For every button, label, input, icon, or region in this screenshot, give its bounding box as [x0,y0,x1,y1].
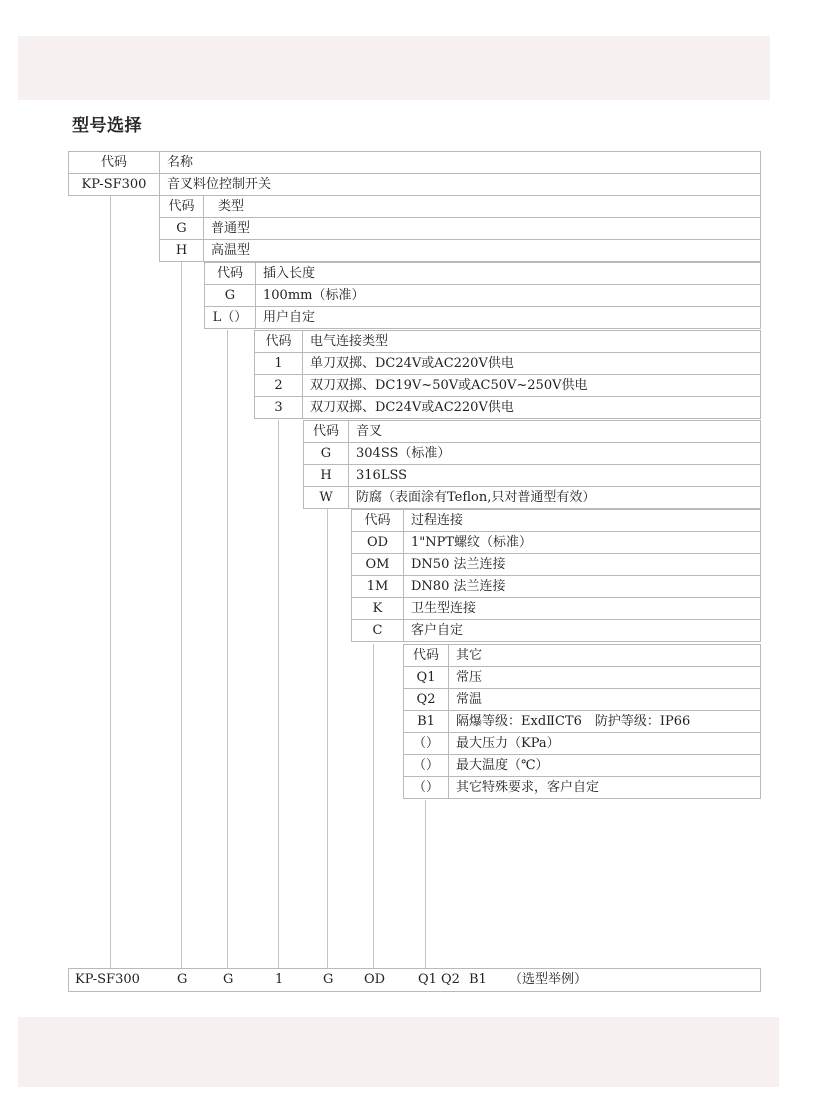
row-code: G [304,443,349,464]
table-header-row: 代码 插入长度 [205,263,760,285]
example-part: Q1 [418,969,437,991]
row-code: B1 [404,711,449,732]
code-header: 代码 [160,196,204,217]
selection-example: KP-SF300 G G 1 G OD Q1 Q2 B1 （选型举例） [68,968,761,992]
row-name: 其它特殊要求，客户自定 [449,777,599,798]
fork-table: 代码 音叉 G 304SS（标准） H 316LSS W 防腐（表面涂有Tefl… [303,420,761,509]
row-name: 316LSS [349,465,407,486]
table-row: K 卫生型连接 [352,598,760,620]
table-row: W 防腐（表面涂有Teflon,只对普通型有效） [304,487,760,509]
name-header: 音叉 [349,421,382,442]
model-row: KP-SF300 音叉料位控制开关 [69,174,760,196]
row-code: H [304,465,349,486]
table-row: OM DN50 法兰连接 [352,554,760,576]
name-header: 过程连接 [404,510,463,531]
row-code: Q2 [404,689,449,710]
example-part: B1 [469,969,487,991]
row-name: DN80 法兰连接 [404,576,505,597]
bottom-banner [18,1017,779,1087]
code-header: 代码 [404,645,449,666]
table-header-row: 代码 音叉 [304,421,760,443]
connector-line [110,195,111,968]
table-row: 1M DN80 法兰连接 [352,576,760,598]
row-code: 3 [255,397,303,418]
example-part: 1 [275,969,283,991]
row-code: W [304,487,349,508]
table-header-row: 代码 电气连接类型 [255,331,760,353]
table-row: C 客户自定 [352,620,760,642]
model-table: 代码 名称 KP-SF300 音叉料位控制开关 [68,151,761,196]
table-header-row: 代码 名称 [69,152,760,174]
row-code: （） [404,777,449,798]
code-header: 代码 [304,421,349,442]
table-row: 2 双刀双掷、DC19V~50V或AC50V~250V供电 [255,375,760,397]
code-header: 代码 [69,152,160,173]
row-code: （） [404,755,449,776]
name-header: 其它 [449,645,482,666]
table-row: H 高温型 [160,240,760,262]
row-name: 用户自定 [256,307,315,328]
example-part: G [223,969,233,991]
row-code: 1 [255,353,303,374]
table-row: G 普通型 [160,218,760,240]
row-code: （） [404,733,449,754]
row-name: 常温 [449,689,482,710]
table-header-row: 代码 类型 [160,196,760,218]
row-code: Q1 [404,667,449,688]
row-name: 304SS（标准） [349,443,450,464]
table-row: 3 双刀双掷、DC24V或AC220V供电 [255,397,760,419]
name-header: 类型 [204,196,244,217]
table-row: G 100mm（标准） [205,285,760,307]
code-header: 代码 [352,510,404,531]
row-name: 双刀双掷、DC24V或AC220V供电 [303,397,514,418]
row-name: 高温型 [204,240,250,261]
other-options-table: 代码 其它 Q1 常压 Q2 常温 B1 隔爆等级：ExdⅡCT6 防护等级：I… [403,644,761,799]
table-header-row: 代码 其它 [404,645,760,667]
type-table: 代码 类型 G 普通型 H 高温型 [159,195,761,262]
table-row: 1 单刀双掷、DC24V或AC220V供电 [255,353,760,375]
connector-line [181,262,182,968]
table-row: H 316LSS [304,465,760,487]
row-code: L（） [205,307,256,328]
row-name: 双刀双掷、DC19V~50V或AC50V~250V供电 [303,375,587,396]
row-name: 1"NPT螺纹（标准） [404,532,532,553]
table-row: L（） 用户自定 [205,307,760,329]
row-code: C [352,620,404,641]
model-name: 音叉料位控制开关 [160,174,271,195]
row-code: G [160,218,204,239]
row-name: 最大温度（℃） [449,755,549,776]
connector-line [425,800,426,968]
page-title: 型号选择 [72,111,142,136]
row-name: 常压 [449,667,482,688]
example-part: G [177,969,187,991]
row-name: 隔爆等级：ExdⅡCT6 防护等级：IP66 [449,711,690,732]
table-row: OD 1"NPT螺纹（标准） [352,532,760,554]
row-name: 客户自定 [404,620,463,641]
row-name: DN50 法兰连接 [404,554,505,575]
table-row: B1 隔爆等级：ExdⅡCT6 防护等级：IP66 [404,711,760,733]
name-header: 名称 [160,152,193,173]
example-part: G [323,969,333,991]
table-row: Q1 常压 [404,667,760,689]
example-note: （选型举例） [509,969,587,991]
row-code: 2 [255,375,303,396]
row-name: 普通型 [204,218,250,239]
row-name: 单刀双掷、DC24V或AC220V供电 [303,353,514,374]
table-header-row: 代码 过程连接 [352,510,760,532]
example-part: OD [364,969,385,991]
row-code: OM [352,554,404,575]
row-code: 1M [352,576,404,597]
row-name: 100mm（标准） [256,285,364,306]
table-row: （） 最大压力（KPa） [404,733,760,755]
connector-line [227,330,228,968]
code-header: 代码 [255,331,303,352]
model-code: KP-SF300 [69,174,160,195]
row-code: OD [352,532,404,553]
electrical-table: 代码 电气连接类型 1 单刀双掷、DC24V或AC220V供电 2 双刀双掷、D… [254,330,761,419]
table-row: （） 其它特殊要求，客户自定 [404,777,760,799]
row-name: 防腐（表面涂有Teflon,只对普通型有效） [349,487,595,508]
example-part: KP-SF300 [75,969,140,991]
connector-line [327,509,328,968]
table-row: G 304SS（标准） [304,443,760,465]
name-header: 插入长度 [256,263,315,284]
row-code: H [160,240,204,261]
length-table: 代码 插入长度 G 100mm（标准） L（） 用户自定 [204,262,761,329]
code-header: 代码 [205,263,256,284]
process-connection-table: 代码 过程连接 OD 1"NPT螺纹（标准） OM DN50 法兰连接 1M D… [351,509,761,642]
connector-line [373,644,374,968]
connector-line [278,420,279,968]
row-name: 卫生型连接 [404,598,476,619]
example-part: Q2 [441,969,460,991]
row-code: G [205,285,256,306]
name-header: 电气连接类型 [303,331,388,352]
table-row: Q2 常温 [404,689,760,711]
top-banner [18,36,770,100]
table-row: （） 最大温度（℃） [404,755,760,777]
row-code: K [352,598,404,619]
row-name: 最大压力（KPa） [449,733,560,754]
